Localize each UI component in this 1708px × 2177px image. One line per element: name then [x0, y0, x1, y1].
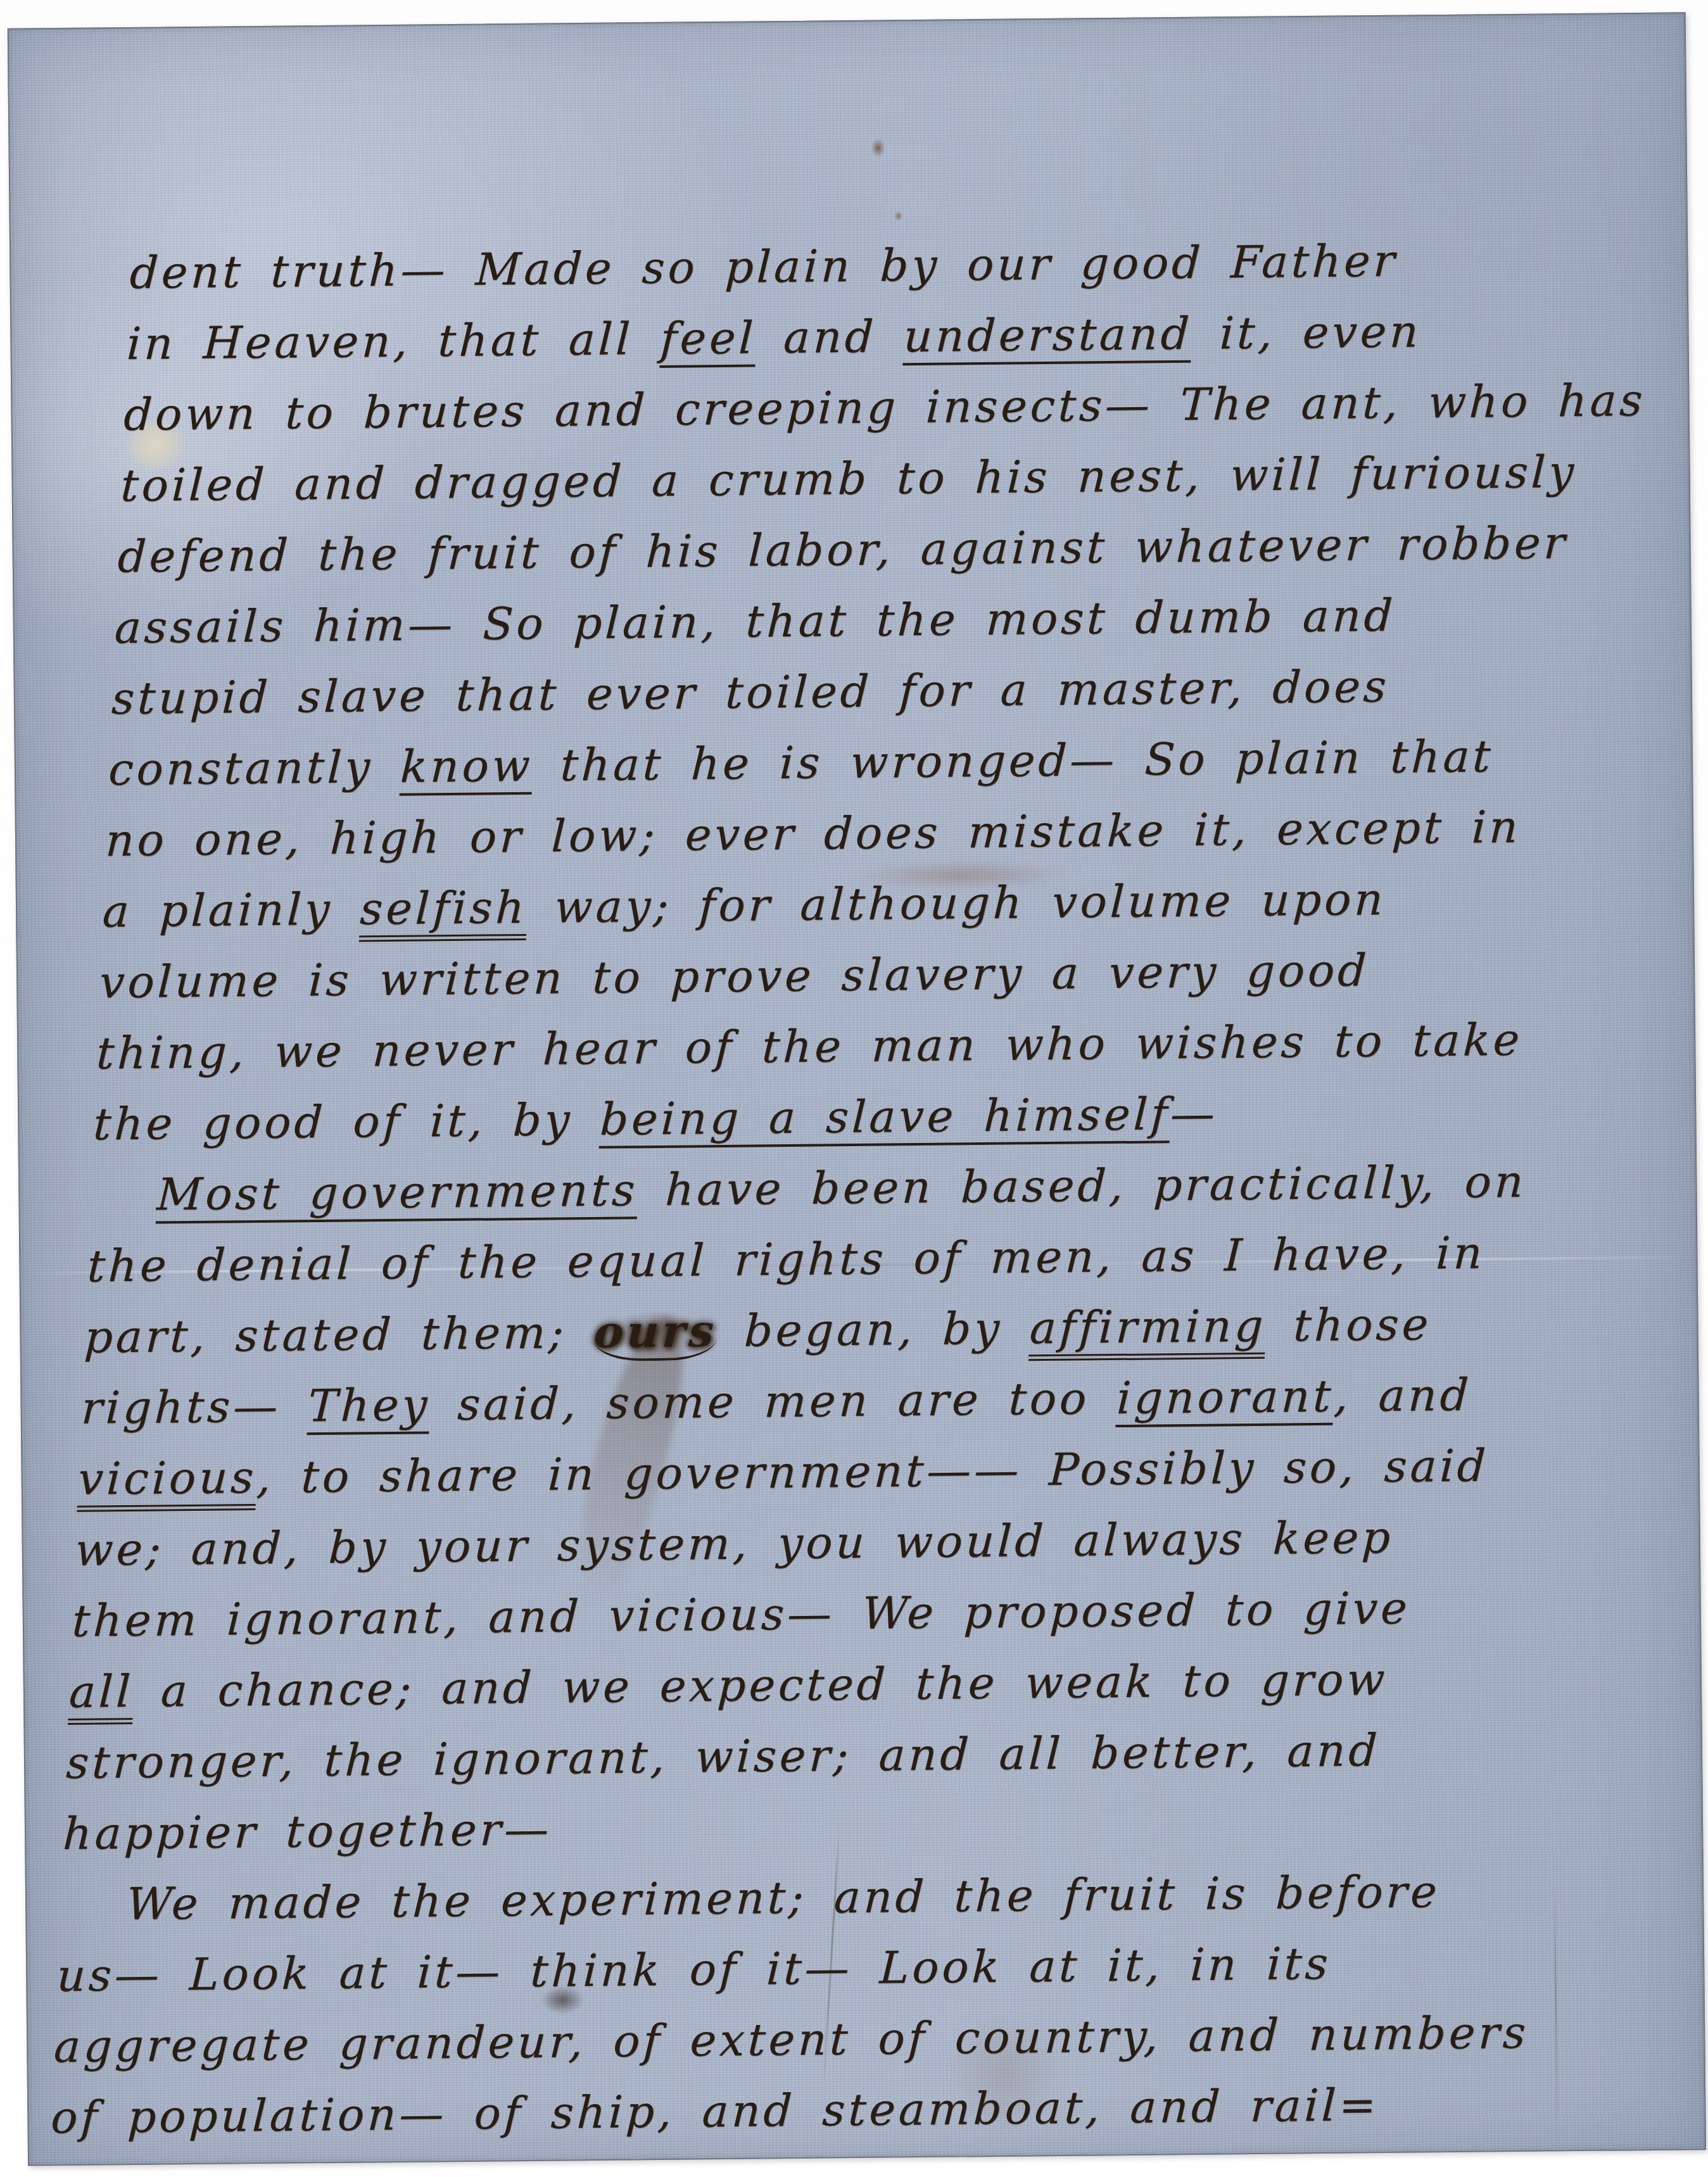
- underlined-text-segment: vicious: [77, 1451, 258, 1512]
- text-segment: we; and, by your system, you would alway…: [74, 1511, 1395, 1576]
- text-segment: it, even: [1191, 305, 1422, 360]
- text-segment: that he is wronged— So plain that: [532, 730, 1495, 792]
- underlined-text-segment: know: [399, 740, 534, 796]
- text-segment: no one, high or low; ever does mistake i…: [104, 801, 1522, 866]
- text-segment: assails him— So plain, that the most dum…: [113, 590, 1396, 653]
- text-segment: those: [1265, 1298, 1432, 1352]
- text-segment: in Heaven, that all: [126, 313, 662, 370]
- manuscript-line: aggregate grandeur, of extent of country…: [53, 1996, 1621, 2082]
- text-segment: said, some men are too: [429, 1372, 1118, 1430]
- manuscript-line: defend the fruit of his labor, against w…: [117, 506, 1685, 592]
- underlined-text-segment: all: [68, 1665, 134, 1725]
- text-segment: began, by: [716, 1302, 1031, 1357]
- manuscript-line: vicious, to share in government—— Possib…: [77, 1429, 1645, 1515]
- text-segment: down to brutes and creeping insects— The…: [123, 374, 1647, 441]
- text-segment: of population— of ship, and steamboat, a…: [50, 2079, 1381, 2143]
- text-segment: rights—: [80, 1380, 310, 1434]
- ink-blotted-word: ours: [593, 1304, 718, 1361]
- text-segment: a plainly: [101, 883, 361, 937]
- manuscript-scan: dent truth— Made so plain by our good Fa…: [0, 0, 1708, 2177]
- text-segment: a chance; and we expected the weak to gr…: [132, 1653, 1389, 1717]
- text-segment: We made the experiment; and the fruit is…: [125, 1865, 1441, 1930]
- text-segment: the denial of the equal rights of men, a…: [86, 1227, 1486, 1292]
- text-segment: —: [1169, 1087, 1219, 1140]
- manuscript-line: We made the experiment; and the fruit is…: [58, 1854, 1626, 1940]
- text-segment: aggregate grandeur, of extent of country…: [53, 2007, 1530, 2073]
- underlined-text-segment: ignorant: [1116, 1370, 1336, 1427]
- text-segment: dent truth— Made so plain by our good Fa…: [129, 235, 1398, 299]
- manuscript-page: dent truth— Made so plain by our good Fa…: [8, 12, 1706, 2166]
- text-segment: , to share in government—— Possibly so, …: [256, 1439, 1490, 1503]
- text-segment: them ignorant, and vicious— We proposed …: [71, 1582, 1411, 1647]
- underlined-text-segment: affirming: [1028, 1300, 1267, 1361]
- text-segment: and: [755, 310, 905, 363]
- manuscript-line: them ignorant, and vicious— We proposed …: [71, 1570, 1639, 1656]
- manuscript-line: of population— of ship, and steamboat, a…: [49, 2067, 1617, 2153]
- underlined-text-segment: being a slave himself: [599, 1088, 1172, 1149]
- underlined-text-segment: feel: [659, 312, 757, 367]
- text-segment: volume is written to prove slavery a ver…: [98, 944, 1370, 1008]
- text-segment: have been based, practically, on: [637, 1156, 1528, 1216]
- underlined-text-segment: selfish: [358, 881, 528, 942]
- text-segment: stupid slave that ever toiled for a mast…: [111, 660, 1391, 724]
- manuscript-text: dent truth— Made so plain by our good Fa…: [8, 13, 1706, 2154]
- text-segment: constantly: [108, 741, 402, 795]
- underlined-text-segment: They: [307, 1379, 431, 1435]
- text-segment: , and: [1333, 1369, 1473, 1422]
- text-segment: us— Look at it— think of it— Look at it,…: [56, 1938, 1332, 2002]
- manuscript-line: thing, we never hear of the man who wish…: [95, 1003, 1663, 1089]
- text-segment: way; for although volume upon: [526, 873, 1388, 933]
- text-segment: part, stated them;: [83, 1306, 595, 1363]
- text-segment: defend the fruit of his labor, against w…: [117, 517, 1569, 583]
- text-segment: thing, we never hear of the man who wish…: [96, 1014, 1524, 1080]
- manuscript-line: no one, high or low; ever does mistake i…: [104, 790, 1672, 876]
- underlined-text-segment: understand: [902, 308, 1193, 365]
- underlined-text-segment: Most governments: [156, 1164, 639, 1223]
- text-segment: happier together—: [62, 1803, 553, 1860]
- text-segment: toiled and dragged a crumb to his nest, …: [120, 446, 1578, 512]
- text-segment: stronger, the ignorant, wiser; and all b…: [65, 1724, 1381, 1789]
- text-segment: the good of it, by: [92, 1094, 601, 1151]
